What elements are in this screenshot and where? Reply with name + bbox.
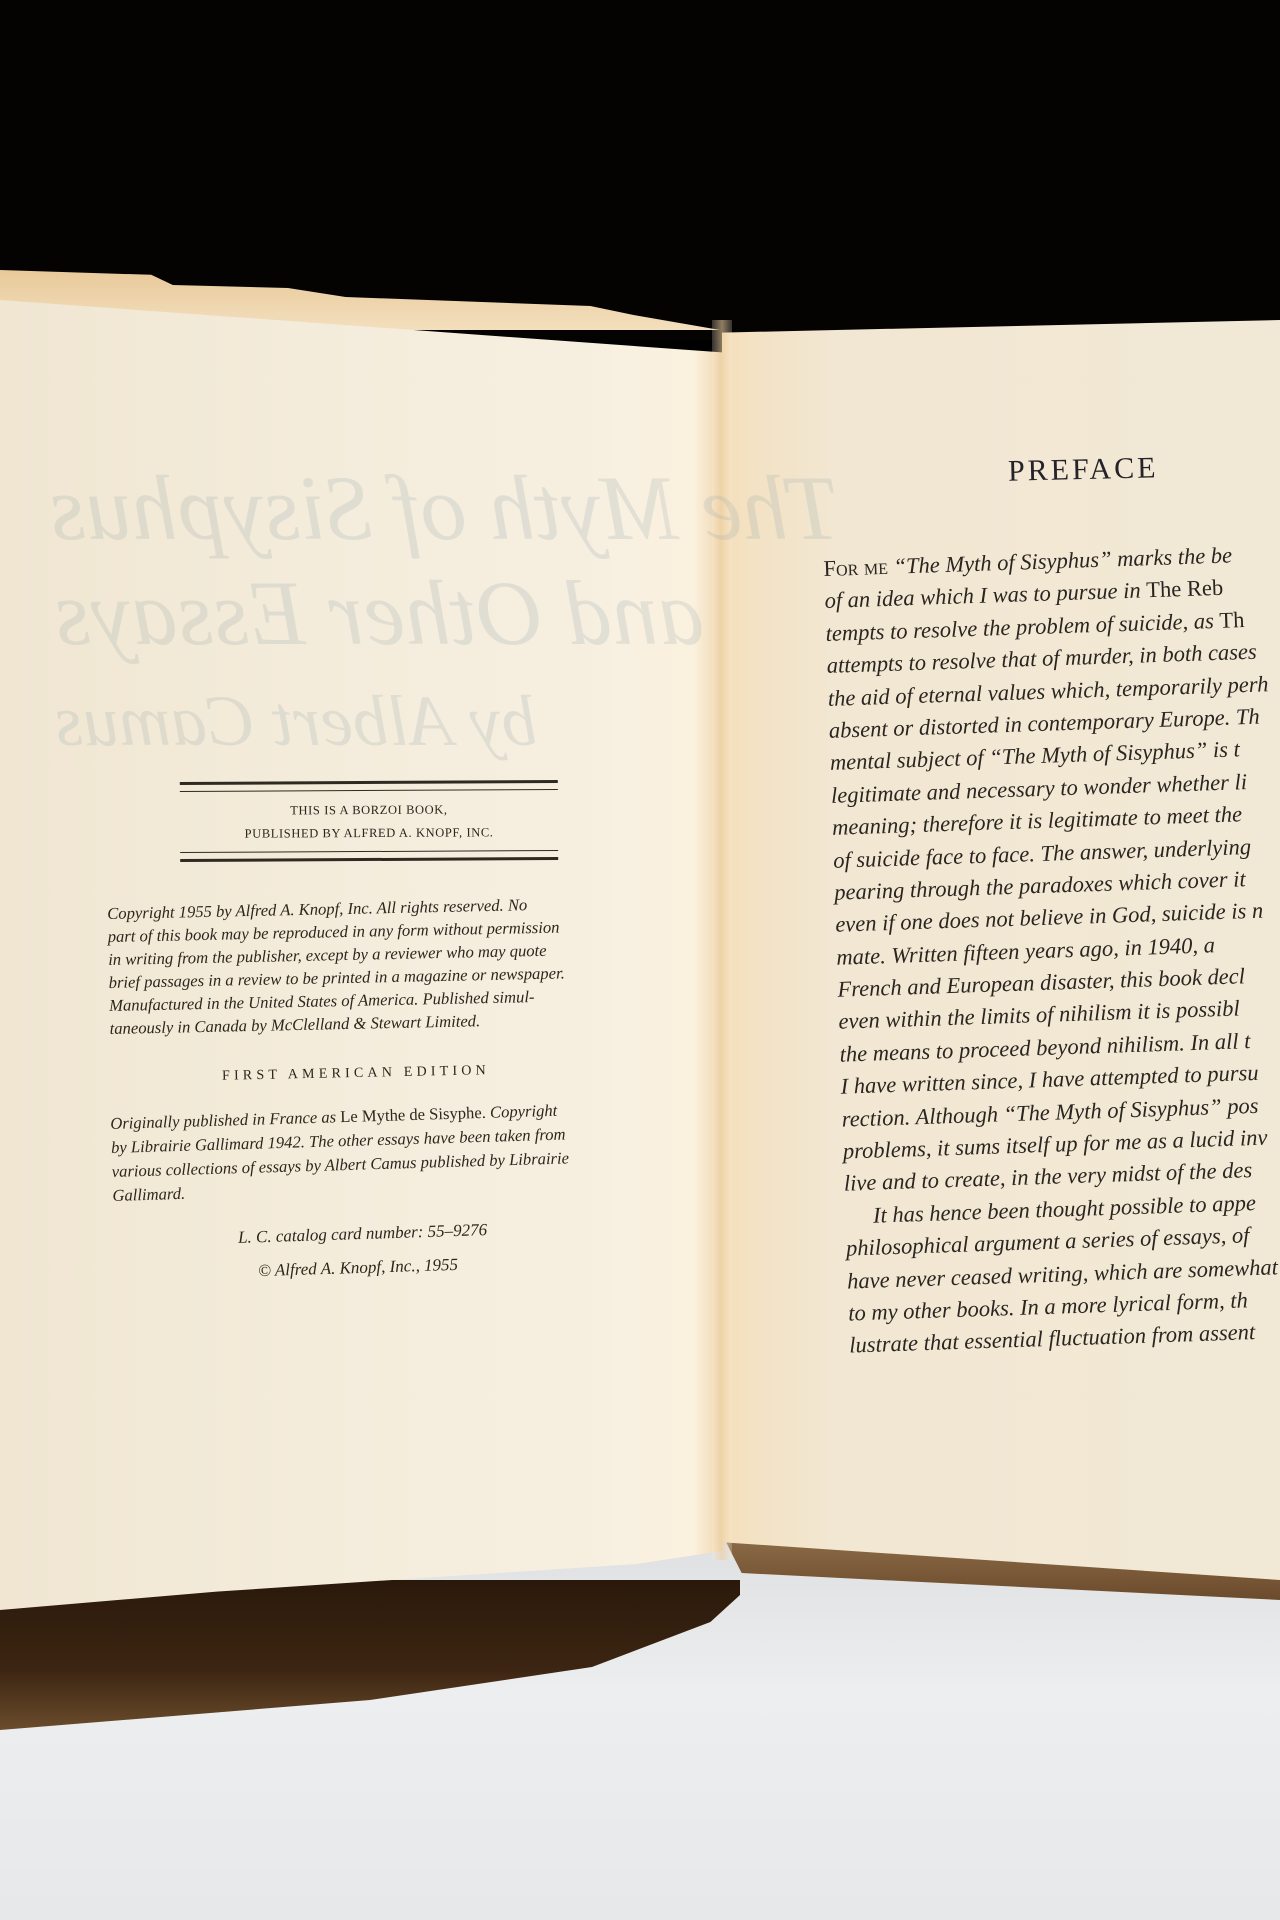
rule-top-thick: [180, 780, 558, 785]
ghost-title-line-2: and Other Essays: [55, 560, 704, 666]
book-title: Th: [1219, 607, 1245, 633]
original-publication-note: Originally published in France as Le Myt…: [110, 1096, 641, 1208]
opening-smallcaps: For me: [823, 554, 888, 581]
imprint-line-2: PUBLISHED BY ALFRED A. KNOPF, INC.: [180, 821, 558, 846]
imprint-line-1: THIS IS A BORZOI BOOK,: [180, 798, 558, 823]
text: Originally published in France as: [110, 1107, 340, 1133]
book-title: The Reb: [1146, 575, 1224, 603]
ghost-title-line-1: The Myth of Sisyphus: [50, 455, 840, 561]
ghost-title-line-3: by Albert Camus: [55, 680, 538, 763]
preface-body: For me “The Myth of Sisyphus” marks the …: [823, 533, 1280, 1362]
borzoi-imprint-box: THIS IS A BORZOI BOOK, PUBLISHED BY ALFR…: [180, 780, 558, 862]
copyright-notice: Copyright 1955 by Alfred A. Knopf, Inc. …: [107, 891, 635, 1040]
french-title: Le Mythe de Sisyphe.: [340, 1103, 486, 1126]
preface-heading: PREFACE: [1008, 451, 1159, 488]
imprint-text: THIS IS A BORZOI BOOK, PUBLISHED BY ALFR…: [180, 790, 558, 852]
text: Copyright: [486, 1101, 558, 1122]
